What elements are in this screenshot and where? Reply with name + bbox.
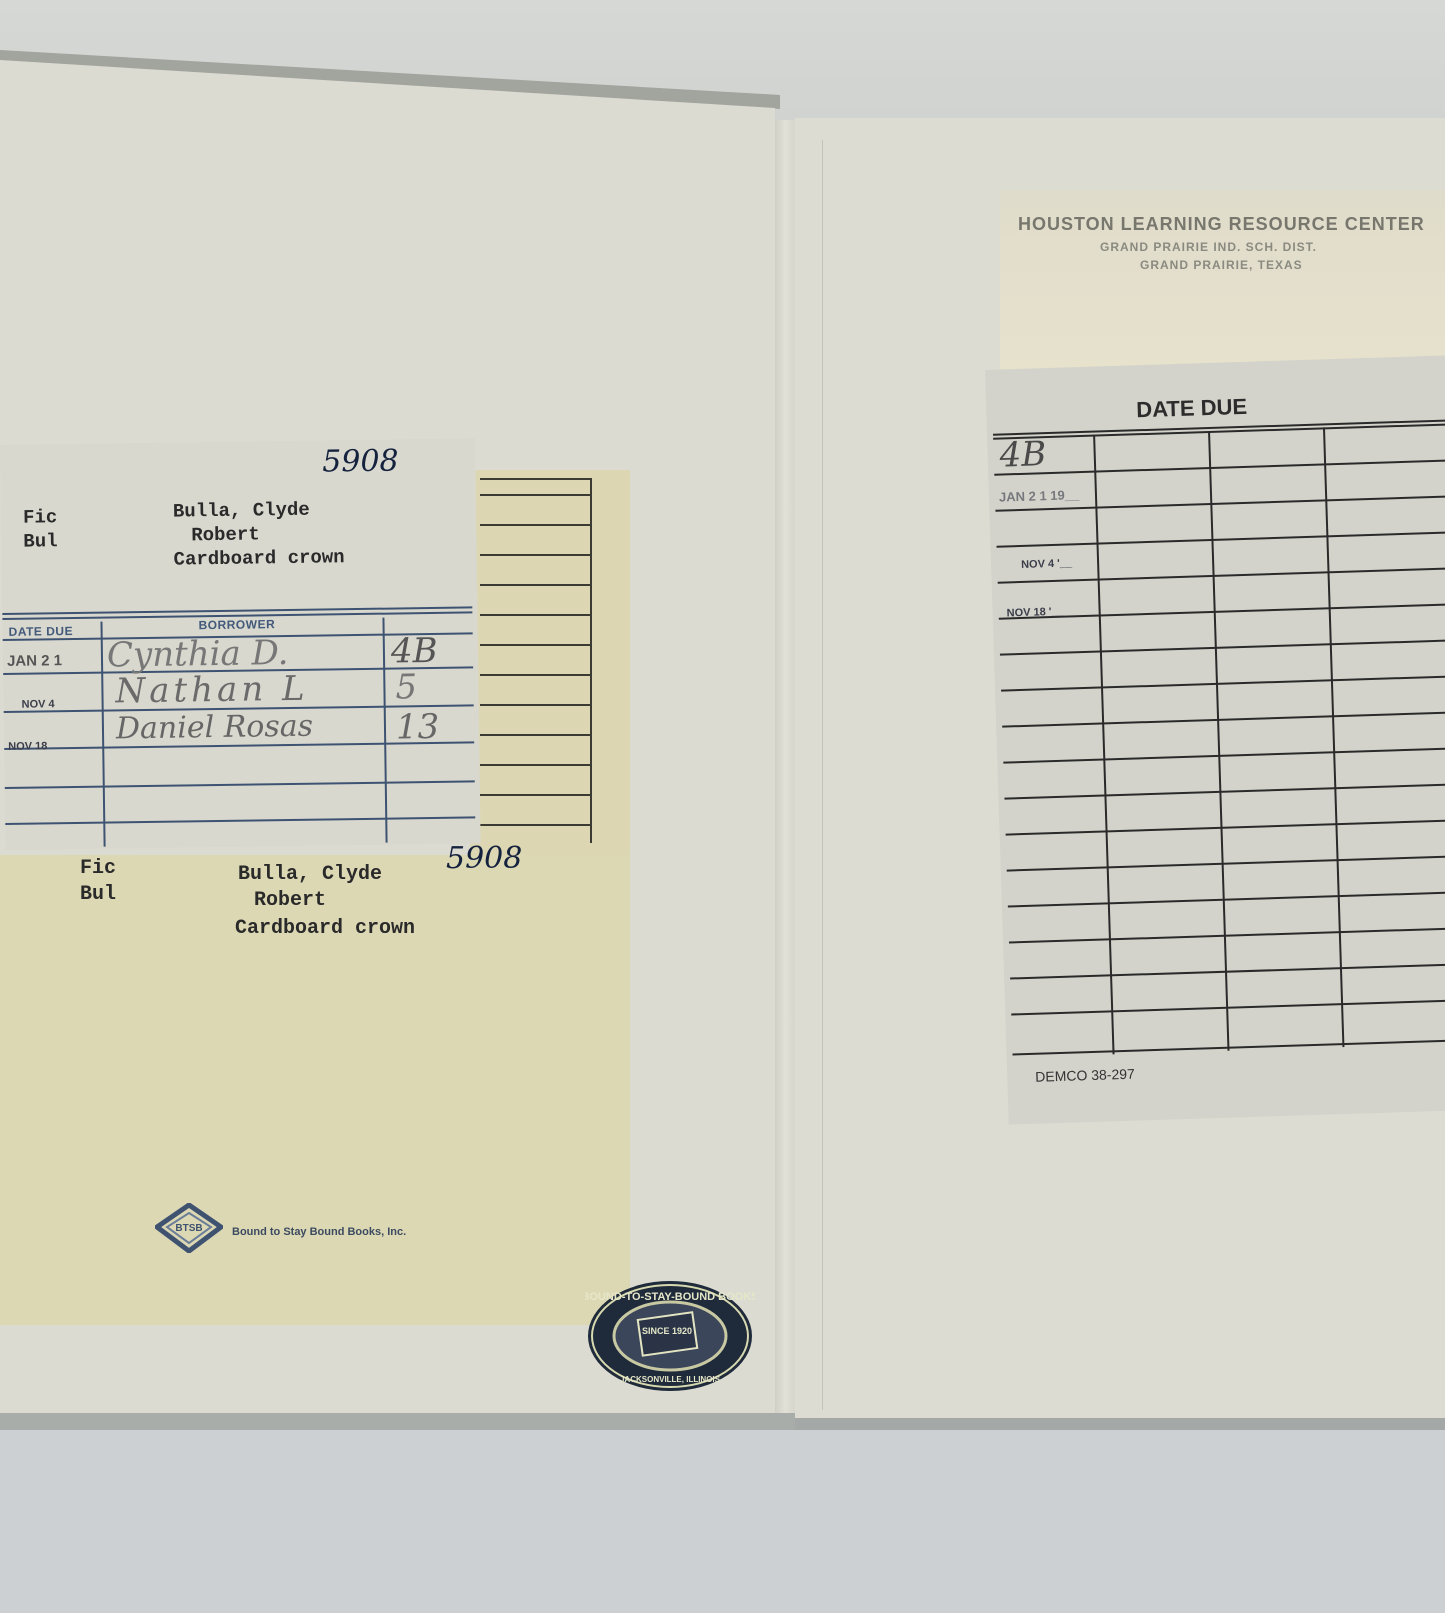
grid-rule [1003, 747, 1445, 763]
ruled-line [480, 554, 590, 556]
date-stamp-2: NOV 4 '__ [1021, 557, 1072, 571]
grid-rule [994, 459, 1445, 475]
btsb-logo-initials: BTSB [175, 1223, 202, 1234]
card-author: Bulla, Clyde [173, 499, 310, 523]
date-stamp-1: JAN 2 1 19__ [999, 487, 1080, 505]
header-borrower: BORROWER [198, 617, 275, 632]
row-date-due: NOV 18 [8, 740, 47, 753]
table-surface [0, 1430, 1445, 1613]
table-column-divider [100, 622, 105, 847]
row-borrower: Daniel Rosas [116, 709, 314, 747]
card-borrower-table: DATE DUE BORROWER JAN 2 1 Cynthia D. 4B … [2, 606, 480, 848]
btsb-logo-icon: BTSB [155, 1203, 223, 1253]
grid-rule [1007, 855, 1445, 871]
grid-rule [998, 567, 1445, 583]
grid-rule [1008, 891, 1445, 907]
date-due-grid: 4B JAN 2 1 19__ NOV 4 '__ NOV 18 '__ [993, 423, 1445, 1057]
grid-rule [997, 531, 1445, 547]
ruled-line [480, 644, 590, 646]
row-date-due: JAN 2 1 [7, 652, 62, 670]
grid-rule [1010, 963, 1445, 979]
handwritten-grade: 4B [999, 434, 1047, 475]
date-due-slip: DATE DUE 4B JAN 2 1 19__ NOV 4 '__ NOV 1… [985, 356, 1445, 1125]
ruled-line [480, 794, 590, 796]
grid-rule [1006, 819, 1445, 835]
ruled-line [480, 704, 590, 706]
row-grade: 13 [396, 707, 440, 748]
card-pocket: 5908 Fic Bul Bulla, Clyde Robert Cardboa… [0, 855, 630, 1325]
library-stamp-district: GRAND PRAIRIE IND. SCH. DIST. [1100, 240, 1317, 254]
ruled-line [480, 614, 590, 616]
seal-text-center: SINCE 1920 [642, 1326, 692, 1336]
row-grade: 5 [395, 667, 417, 707]
grid-rule [1000, 639, 1445, 655]
grid-rule [1001, 675, 1445, 691]
pocket-call-number-line2: Bul [80, 883, 116, 906]
book-hinge [775, 120, 795, 1415]
pocket-author: Bulla, Clyde [238, 863, 382, 886]
grid-rule [1009, 927, 1445, 943]
grid-rule [1002, 711, 1445, 727]
date-stamp-3: NOV 18 '__ [1006, 606, 1063, 620]
ruled-line [480, 524, 590, 526]
bound-to-stay-bound-seal-icon: BOUND-TO-STAY-BOUND BOOKS SINCE 1920 JAC… [585, 1278, 755, 1393]
library-stamp-location: GRAND PRAIRIE, TEXAS [1140, 258, 1303, 272]
header-date-due: DATE DUE [9, 624, 74, 639]
table-rule [5, 780, 475, 789]
ruled-line [480, 824, 590, 826]
row-grade: 4B [391, 631, 438, 672]
book-card[interactable]: 5908 Fic Bul Bulla, Clyde Robert Cardboa… [0, 438, 481, 850]
card-call-number-line2: Bul [23, 530, 58, 552]
grid-column-divider [1323, 427, 1344, 1047]
ruled-line [480, 584, 590, 586]
card-accession-number: 5908 [322, 443, 399, 479]
grid-rule [999, 603, 1445, 619]
table-rule [5, 816, 475, 825]
pocket-ruled-lines [480, 478, 592, 843]
ruled-line [480, 674, 590, 676]
card-author-continued: Robert [191, 523, 260, 546]
grid-rule [1004, 783, 1445, 799]
publisher-name: Bound to Stay Bound Books, Inc. [232, 1226, 406, 1238]
date-due-title: DATE DUE [1136, 394, 1248, 423]
seal-text-bottom: JACKSONVILLE, ILLINOIS [620, 1375, 721, 1384]
table-column-divider [382, 618, 387, 843]
row-date-due: NOV 4 [22, 698, 55, 710]
slip-manufacturer-label: DEMCO 38-297 [1035, 1066, 1135, 1085]
card-call-number-line1: Fic [23, 506, 58, 528]
pocket-title: Cardboard crown [235, 917, 415, 940]
library-stamp-title: HOUSTON LEARNING RESOURCE CENTER [1018, 214, 1425, 235]
ruled-line [480, 494, 590, 496]
grid-column-divider [1208, 431, 1229, 1051]
ruled-line [480, 478, 590, 480]
ruled-line [480, 734, 590, 736]
seal-text-top: BOUND-TO-STAY-BOUND BOOKS [585, 1291, 755, 1303]
pocket-accession-number: 5908 [446, 841, 522, 876]
pocket-author-continued: Robert [254, 889, 326, 912]
row-borrower: Nathan L [115, 669, 309, 712]
card-title: Cardboard crown [173, 546, 344, 570]
grid-column-divider [1093, 435, 1114, 1055]
pocket-call-number-line1: Fic [80, 857, 116, 880]
gutter-line [822, 140, 823, 1410]
ruled-line [480, 764, 590, 766]
